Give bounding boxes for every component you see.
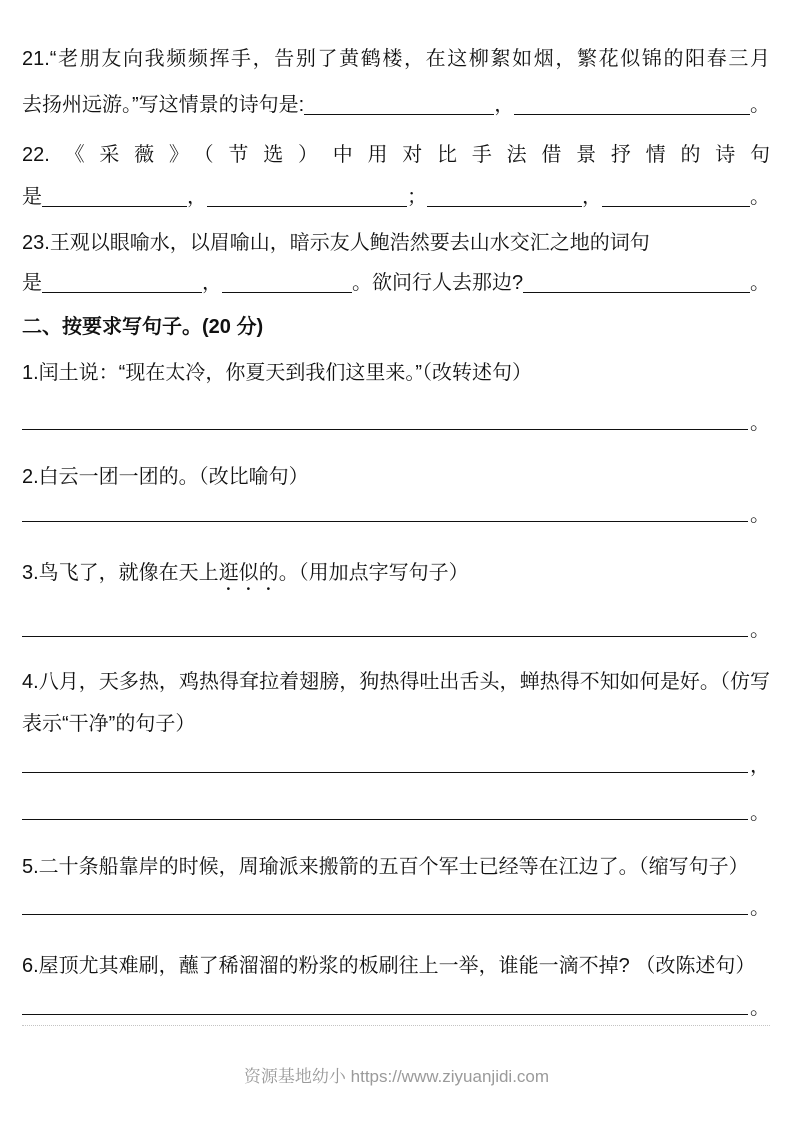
answer-blank-line[interactable]: [22, 429, 748, 430]
answer-blank[interactable]: [42, 206, 187, 207]
question-23-prompt: 是: [22, 268, 42, 298]
question-5-answer-line: 。: [22, 891, 770, 921]
answer-blank[interactable]: [602, 206, 750, 207]
section-2-header: 二、按要求写句子。(20 分): [22, 312, 770, 342]
question-3-text-pre: 3.鸟飞了，就像在天上: [22, 562, 219, 584]
end-period: 。: [750, 891, 770, 920]
answer-blank[interactable]: [523, 292, 750, 293]
question-5-text: 5.二十条船靠岸的时候，周瑜派来搬箭的五百个军士已经等在江边了。（缩写句子）: [22, 852, 770, 882]
question-21-answer-line: 去扬州远游。”写这情景的诗句是: ， 。: [22, 90, 770, 120]
answer-blank-line[interactable]: [22, 772, 748, 773]
end-period: 。: [750, 498, 770, 527]
question-23-line1: 23.王观以眼喻水，以眉喻山，暗示友人鲍浩然要去山水交汇之地的词句: [22, 228, 770, 258]
answer-blank[interactable]: [304, 114, 494, 115]
question-3-dotted-words: 逛似的: [219, 562, 279, 584]
worksheet-page: 21.“老朋友向我频频挥手，告别了黄鹤楼，在这柳絮如烟，繁花似锦的阳春三月 去扬…: [0, 0, 793, 1122]
answer-blank-line[interactable]: [22, 1014, 748, 1015]
worksheet-content: 21.“老朋友向我频频挥手，告别了黄鹤楼，在这柳絮如烟，繁花似锦的阳春三月 去扬…: [0, 44, 793, 1026]
end-period: 。: [750, 796, 770, 825]
question-23-answer-line: 是 ， 。 欲问行人去那边? 。: [22, 268, 770, 298]
question-22-prompt: 是: [22, 182, 42, 212]
answer-blank[interactable]: [222, 292, 352, 293]
question-6-text: 6.屋顶尤其难刷，蘸了稀溜溜的粉浆的板刷往上一举，谁能一滴不掉? （改陈述句）: [22, 951, 770, 981]
separator-period: 。: [352, 268, 372, 298]
question-4-text: 4.八月，天多热，鸡热得耷拉着翅膀，狗热得吐出舌头，蝉热得不知如何是好。（仿写表…: [22, 661, 770, 745]
end-period: 。: [750, 613, 770, 642]
separator-comma: ，: [202, 268, 222, 298]
question-22-answer-line: 是 ， ； ， 。: [22, 182, 770, 212]
question-3-text: 3.鸟飞了，就像在天上逛似的。（用加点字写句子）: [22, 558, 770, 595]
answer-blank[interactable]: [42, 292, 202, 293]
question-22-line1: 22.《采薇》（节选）中用对比手法借景抒情的诗句: [22, 140, 770, 170]
question-6-answer-line: 。: [22, 991, 770, 1021]
end-period: 。: [750, 991, 770, 1020]
question-2-answer-line: 。: [22, 498, 770, 528]
end-period: 。: [750, 406, 770, 435]
separator-comma: ，: [187, 182, 207, 212]
end-period: 。: [750, 182, 770, 212]
separator-semicolon: ；: [407, 182, 427, 212]
question-21-line1: 21.“老朋友向我频频挥手，告别了黄鹤楼，在这柳絮如烟，繁花似锦的阳春三月: [22, 44, 770, 74]
end-period: 。: [750, 268, 770, 298]
question-23-mid-text: 欲问行人去那边?: [372, 268, 523, 298]
answer-blank[interactable]: [514, 114, 750, 115]
end-comma: ，: [750, 749, 770, 778]
question-21-prompt: 去扬州远游。”写这情景的诗句是:: [22, 90, 304, 120]
question-4-answer-line-1: ，: [22, 749, 770, 779]
answer-blank-line[interactable]: [22, 914, 748, 915]
answer-blank-line[interactable]: [22, 819, 748, 820]
end-period: 。: [750, 90, 770, 120]
answer-blank-line[interactable]: [22, 521, 748, 522]
separator-comma: ，: [494, 90, 514, 120]
question-4-answer-line-2: 。: [22, 796, 770, 826]
question-3-text-post: 。（用加点字写句子）: [279, 562, 469, 584]
question-3-answer-line: 。: [22, 613, 770, 643]
answer-blank-line[interactable]: [22, 636, 748, 637]
question-1-text: 1.闰土说：“现在太冷，你夏天到我们这里来。”（改转述句）: [22, 358, 770, 388]
answer-blank[interactable]: [207, 206, 407, 207]
question-1-answer-line: 。: [22, 406, 770, 436]
footer-watermark: 资源基地幼小 https://www.ziyuanjidi.com: [0, 1062, 793, 1087]
question-2-text: 2.白云一团一团的。（改比喻句）: [22, 462, 770, 492]
page-cut-dotted-line: [22, 1025, 770, 1026]
answer-blank[interactable]: [427, 206, 582, 207]
separator-comma: ，: [582, 182, 602, 212]
